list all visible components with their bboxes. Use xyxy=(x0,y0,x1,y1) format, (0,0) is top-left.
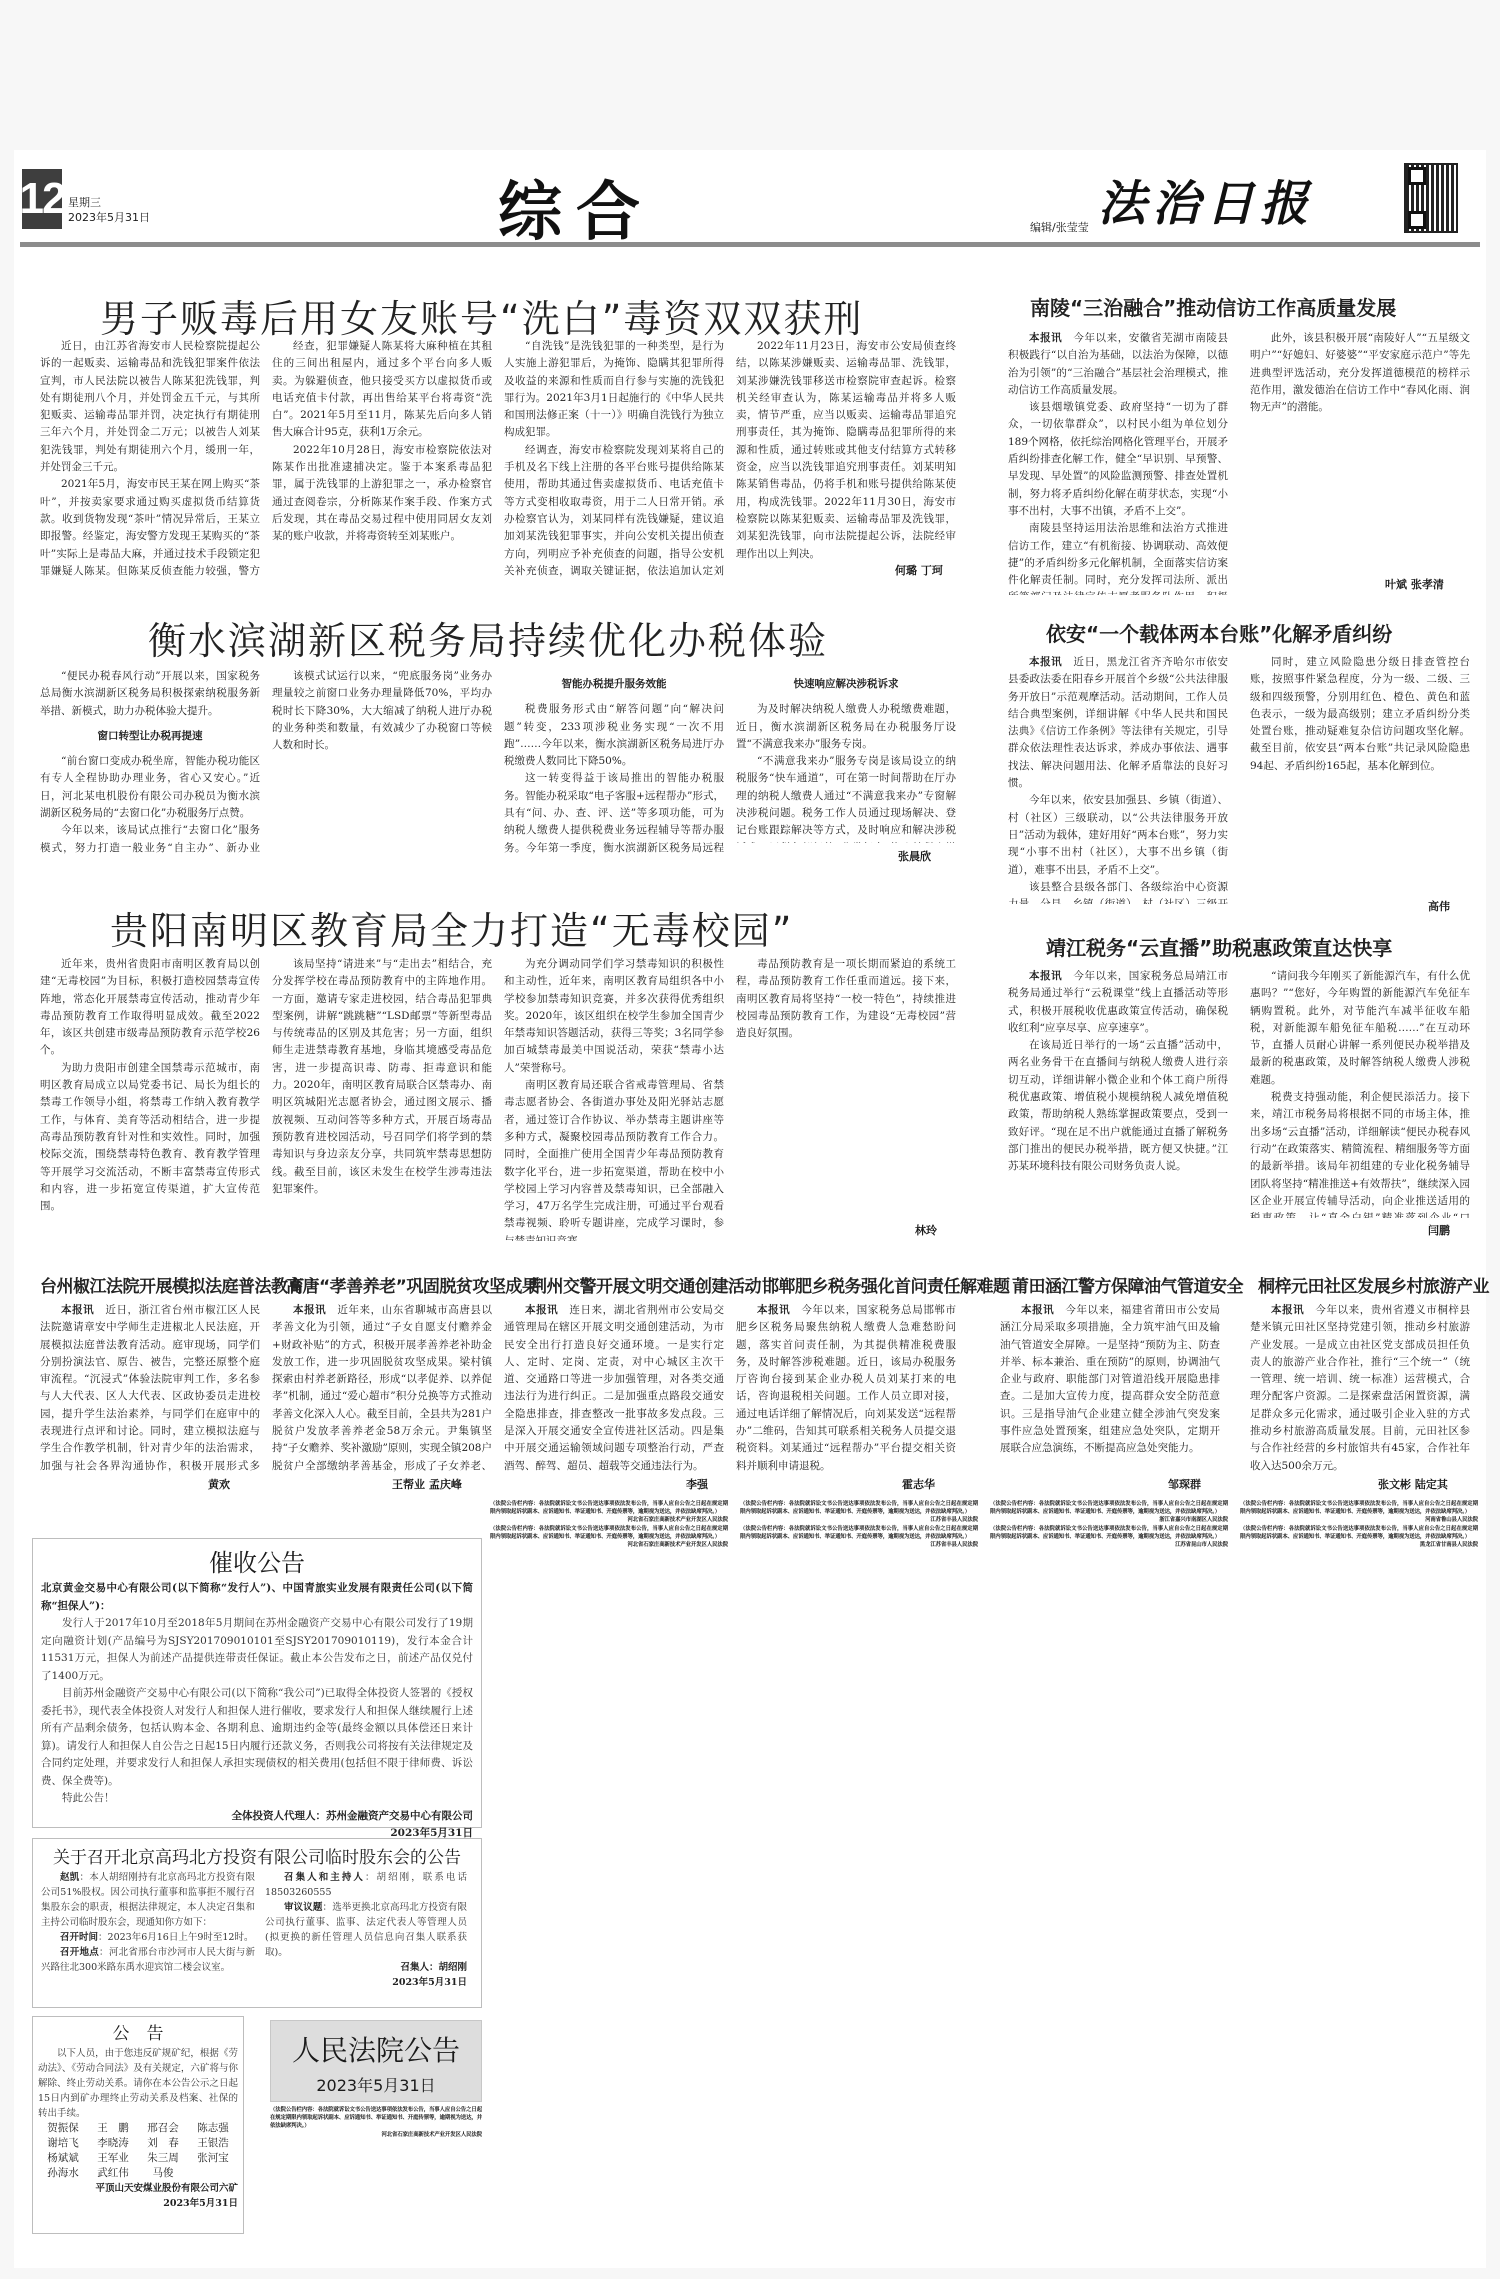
brief-4-body: 本报讯 今年以来，国家税务总局邯郸市肥乡区税务局聚焦纳税人缴费人急难愁盼问题，落… xyxy=(736,1302,956,1474)
headline-article-5: 贵阳南明区教育局全力打造“无毒校园” xyxy=(110,900,793,955)
article-1-col-1: 近日，由江苏省海安市人民检察院提起公诉的一起贩卖、运输毒品和洗钱犯罪案件依法宣判… xyxy=(40,338,260,578)
notice-collection-signer: 全体投资人代理人：苏州金融资产交易中心有限公司 xyxy=(41,1808,473,1826)
article-4-col-2: 同时，建立风险隐患分级日排查管控台账，按照事件紧急程度，分为一级、二级、三级和四… xyxy=(1250,654,1470,894)
notice-dismissal: 公 告 以下人员，由于您违反矿规矿纪，根据《劳动法》、《劳动合同法》及有关规定，… xyxy=(32,2016,244,2234)
article-1-col-4: 2022年11月23日，海安市公安局侦查终结，以陈某涉嫌贩卖、运输毒品罪、洗钱罪… xyxy=(736,338,956,560)
headline-article-1: 男子贩毒后用女友账号“洗白”毒资双双获刑 xyxy=(100,288,863,343)
article-3-col-3: 智能办税提升服务效能 税费服务形式由“解答问题”向“解决问题”转变，233项涉税… xyxy=(504,668,724,858)
headline-brief-4: 邯郸肥乡税务强化首问责任解难题 xyxy=(762,1272,1010,1297)
article-3-col-4: 快速响应解决涉税诉求 为及时解决纳税人缴费人办税缴费难题，近日，衡水滨湖新区税务… xyxy=(736,668,956,843)
article-6-col-1: 本报讯 今年以来，国家税务总局靖江市税务局通过举行“云税课堂”线上直播活动等形式… xyxy=(1008,968,1228,1238)
headline-brief-3: 荆州交警开展文明交通创建活动 xyxy=(530,1272,761,1297)
court-notice-header: 人民法院公告 2023年5月31日 xyxy=(270,2020,482,2102)
article-3-byline: 张晨欣 xyxy=(898,848,931,864)
section-title: 综合 xyxy=(498,161,654,253)
article-5-col-2: 该局坚持“请进来”与“走出去”相结合，充分发挥学校在毒品预防教育中的主阵地作用。… xyxy=(272,956,492,1241)
issue-date: 星期三 2023年5月31日 xyxy=(68,195,150,225)
headline-article-6: 靖江税务“云直播”助税惠政策直达快享 xyxy=(1046,932,1392,961)
headline-article-2: 南陵“三治融合”推动信访工作高质量发展 xyxy=(1030,292,1396,321)
article-3-col-2: 该模式试运行以来，“兜底服务岗”业务办理量较之前窗口业务办理量降低70%，平均办… xyxy=(272,668,492,858)
brief-1-body: 本报讯 近日，浙江省台州市椒江区人民法院邀请章安中学师生走进椒北人民法庭，开展模… xyxy=(40,1302,260,1474)
headline-brief-5: 莆田涵江警方保障油气管道安全 xyxy=(1012,1272,1243,1297)
article-2-byline: 叶斌 张孝清 xyxy=(1385,576,1444,592)
notice-collection: 催收公告 北京黄金交易中心有限公司(以下简称“发行人”)、中国青旅实业发展有限责… xyxy=(32,1538,482,1828)
article-1-col-3: “自洗钱”是洗钱犯罪的一种类型，是行为人实施上游犯罪后，为掩饰、隐瞒其犯罪所得及… xyxy=(504,338,724,578)
article-1-col-2: 经查，犯罪嫌疑人陈某将大麻种植在其租住的三间出租屋内，通过多个平台向多人贩卖。为… xyxy=(272,338,492,578)
court-notice-col-0: （法院公告栏内容：各法院就诉讼文书公告送达事项依法发布公告，当事人应自公告之日起… xyxy=(270,2106,482,2206)
headline-brief-6: 桐梓元田社区发展乡村旅游产业 xyxy=(1258,1272,1489,1297)
brief-4-byline: 霍志华 xyxy=(902,1476,935,1492)
article-6-col-2: “请问我今年刚买了新能源汽车，有什么优惠吗？”“您好，今年购置的新能源汽车免征车… xyxy=(1250,968,1470,1218)
headline-brief-1: 台州椒江法院开展模拟法庭普法教育 xyxy=(40,1272,304,1297)
brief-6-byline: 张文彬 陆定其 xyxy=(1378,1476,1448,1492)
subheading: 窗口转型让办税再提速 xyxy=(40,728,260,745)
headline-article-3: 衡水滨湖新区税务局持续优化办税体验 xyxy=(148,610,828,665)
notice-collection-addressee: 北京黄金交易中心有限公司(以下简称“发行人”)、中国青旅实业发展有限责任公司(以… xyxy=(41,1580,473,1615)
brief-5-body: 本报讯 今年以来，福建省莆田市公安局涵江分局采取多项措施，全力筑牢油气田及输油气… xyxy=(1000,1302,1220,1474)
headline-article-4: 依安“一个载体两本台账”化解矛盾纠纷 xyxy=(1046,618,1392,647)
article-5-col-4: 毒品预防教育是一项长期而紧迫的系统工程，毒品预防教育工作任重而道远。接下来，南明… xyxy=(736,956,956,1241)
article-4-byline: 高伟 xyxy=(1428,898,1450,914)
weekday: 星期三 xyxy=(68,195,150,210)
article-5-byline: 林玲 xyxy=(915,1222,937,1238)
notice-dismissal-title: 公 告 xyxy=(33,2019,243,2044)
brief-2-body: 本报讯 近年来，山东省聊城市高唐县以孝善文化为引领，通过“子女自愿支付赡养金+财… xyxy=(272,1302,492,1474)
qr-code-icon[interactable] xyxy=(1406,165,1456,231)
notice-shareholder-meeting: 关于召开北京高玛北方投资有限公司临时股东会的公告 赵凯：本人胡绍刚持有北京高玛北… xyxy=(32,1838,482,2008)
article-2-col-2: 此外，该县积极开展“南陵好人”“五星级文明户”“好媳妇、好婆婆”“平安家庭示范户… xyxy=(1250,330,1470,576)
court-notice-title: 人民法院公告 xyxy=(271,2029,481,2069)
brief-3-body: 本报讯 连日来，湖北省荆州市公安局交通管理局在辖区开展文明交通创建活动，为市民安… xyxy=(504,1302,724,1474)
brief-3-byline: 李强 xyxy=(686,1476,708,1492)
article-5-col-3: 为充分调动同学们学习禁毒知识的积极性和主动性，近年来，南明区教育局组织各中小学校… xyxy=(504,956,724,1241)
article-6-byline: 闫鹏 xyxy=(1428,1222,1450,1238)
headline-brief-2: 高唐“孝善养老”巩固脱贫攻坚成果 xyxy=(286,1272,538,1297)
court-notice-col-1: （法院公告栏内容：各法院就诉讼文书公告送达事项依法发布公告，当事人应自公告之日起… xyxy=(490,1500,728,2270)
brief-5-byline: 邹琛群 xyxy=(1168,1476,1201,1492)
notice-collection-title: 催收公告 xyxy=(33,1543,481,1578)
newspaper-logo: 法治日报 xyxy=(1098,165,1314,234)
notice-meeting-title: 关于召开北京高玛北方投资有限公司临时股东会的公告 xyxy=(33,1843,481,1868)
brief-2-byline: 王帮业 孟庆峰 xyxy=(392,1476,462,1492)
brief-6-body: 本报讯 今年以来，贵州省遵义市桐梓县楚米镇元田社区坚持党建引领，推动乡村旅游产业… xyxy=(1250,1302,1470,1474)
court-notice-col-3: （法院公告栏内容：各法院就诉讼文书公告送达事项依法发布公告，当事人应自公告之日起… xyxy=(990,1500,1228,2270)
dismissal-names: 贺振保王 鹏邢召会陈志强 谢培飞李晓涛刘 春王银浩 杨斌斌王军业朱三周张河宝 孙… xyxy=(38,2121,238,2181)
court-notice-date: 2023年5月31日 xyxy=(271,2073,481,2096)
brief-1-byline: 黄欢 xyxy=(208,1476,230,1492)
article-3-col-1: “便民办税春风行动”开展以来，国家税务总局衡水滨湖新区税务局积极探索纳税服务新举… xyxy=(40,668,260,858)
court-notice-col-4: （法院公告栏内容：各法院就诉讼文书公告送达事项依法发布公告，当事人应自公告之日起… xyxy=(1240,1500,1478,2270)
court-notice-col-2: （法院公告栏内容：各法院就诉讼文书公告送达事项依法发布公告，当事人应自公告之日起… xyxy=(740,1500,978,2270)
subheading: 智能办税提升服务效能 xyxy=(504,676,724,693)
subheading: 快速响应解决涉税诉求 xyxy=(736,676,956,693)
page-number: 12 xyxy=(22,169,62,229)
editor-credit: 编辑/张莹莹 xyxy=(1030,219,1089,235)
article-1-byline: 何璐 丁珂 xyxy=(895,562,943,578)
article-4-col-1: 本报讯 近日，黑龙江省齐齐哈尔市依安县委政法委在阳春乡开展首个乡级“公共法律服务… xyxy=(1008,654,1228,904)
newspaper-page: 12 星期三 2023年5月31日 综合 编辑/张莹莹 法治日报 男子贩毒后用女… xyxy=(0,0,1500,2279)
date: 2023年5月31日 xyxy=(68,210,150,225)
article-5-col-1: 近年来，贵州省贵阳市南明区教育局以创建“无毒校园”为目标，积极打造校园禁毒宣传阵… xyxy=(40,956,260,1241)
article-2-col-1: 本报讯 今年以来，安徽省芜湖市南陵县积极践行“以自治为基础，以法治为保障，以德治… xyxy=(1008,330,1228,595)
masthead-rule xyxy=(20,242,1480,247)
